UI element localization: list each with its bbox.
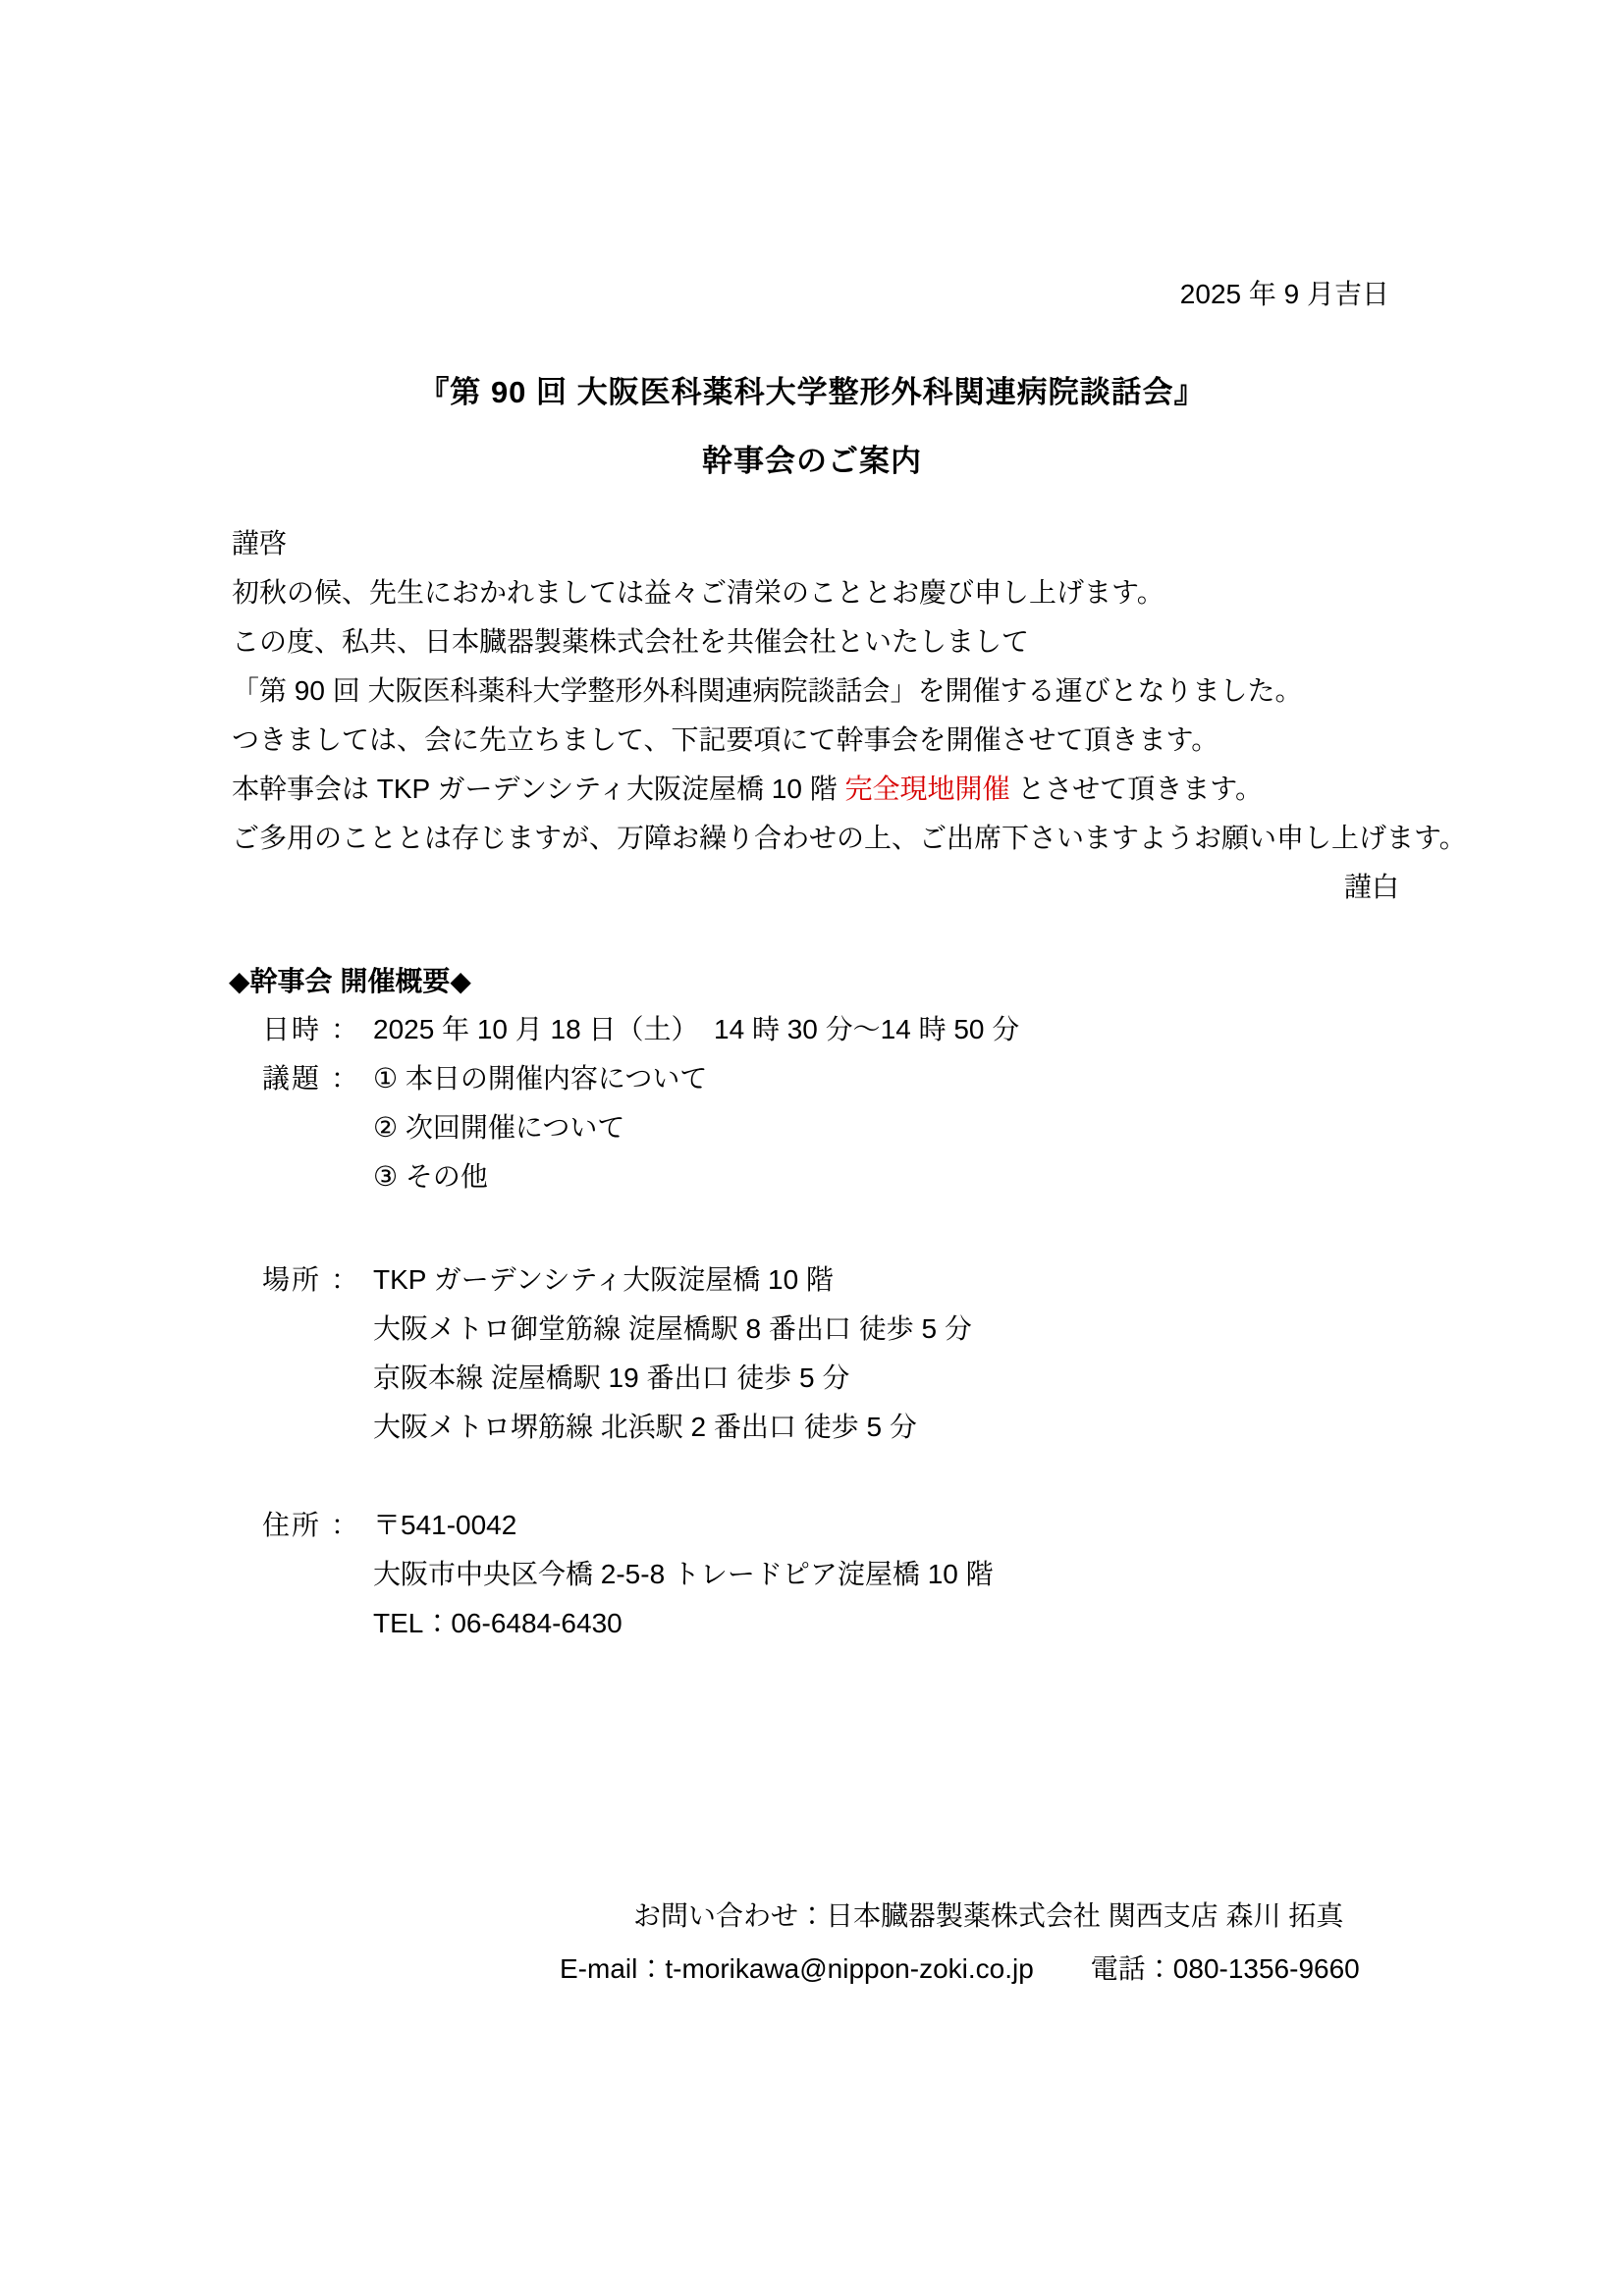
greeting-opening: 謹啓 (232, 530, 287, 558)
contact-detail-line: E-mail：t-morikawa@nippon-zoki.co.jp 電話：0… (560, 1955, 1360, 1983)
venue-sentence-post: とさせて頂きます。 (1010, 774, 1264, 804)
agenda-item-1: ① 本日の開催内容について (373, 1065, 707, 1093)
address-label: 住所 (262, 1512, 321, 1539)
place-label: 場所 (262, 1266, 321, 1294)
place-venue: TKP ガーデンシティ大阪淀屋橋 10 階 (373, 1266, 834, 1294)
onsite-only-highlight: 完全現地開催 (845, 774, 1010, 804)
datetime-value: 2025 年 10 月 18 日（土） 14 時 30 分～14 時 50 分 (373, 1016, 1019, 1043)
document-date: 2025 年 9 月吉日 (1180, 281, 1389, 308)
contact-email: E-mail：t-morikawa@nippon-zoki.co.jp (560, 1955, 1034, 1983)
datetime-colon: ： (331, 1016, 358, 1043)
datetime-label: 日時 (262, 1016, 321, 1043)
document-title-line1: 『第 90 回 大阪医科薬科大学整形外科関連病院談話会』 (0, 376, 1624, 409)
venue-sentence-pre: 本幹事会は TKP ガーデンシティ大阪淀屋橋 10 階 (232, 774, 845, 804)
address-street: 大阪市中央区今橋 2-5-8 トレードピア淀屋橋 10 階 (373, 1561, 994, 1588)
document-title-line2: 幹事会のご案内 (0, 445, 1624, 478)
address-tel: TEL：06-6484-6430 (373, 1610, 623, 1637)
greeting-paragraph-5: 本幹事会は TKP ガーデンシティ大阪淀屋橋 10 階 完全現地開催 とさせて頂… (232, 775, 1263, 803)
contact-phone: 電話：080-1356-9660 (1091, 1955, 1360, 1983)
agenda-item-3: ③ その他 (373, 1163, 488, 1191)
agenda-colon: ： (331, 1065, 358, 1093)
greeting-closing: 謹白 (1344, 874, 1399, 901)
greeting-paragraph-1: 初秋の候、先生におかれましては益々ご清栄のこととお慶び申し上げます。 (232, 579, 1164, 607)
greeting-paragraph-2: この度、私共、日本臓器製薬株式会社を共催会社といたしまして (232, 628, 1029, 656)
agenda-item-2: ② 次回開催について (373, 1114, 624, 1142)
address-colon: ： (331, 1512, 358, 1539)
greeting-paragraph-4: つきましては、会に先立ちまして、下記要項にて幹事会を開催させて頂きます。 (232, 726, 1218, 754)
place-access-2: 京阪本線 淀屋橋駅 19 番出口 徒歩 5 分 (373, 1364, 849, 1392)
place-access-3: 大阪メトロ堺筋線 北浜駅 2 番出口 徒歩 5 分 (373, 1414, 917, 1441)
place-access-1: 大阪メトロ御堂筋線 淀屋橋駅 8 番出口 徒歩 5 分 (373, 1315, 972, 1343)
place-colon: ： (331, 1266, 358, 1294)
agenda-label: 議題 (262, 1065, 321, 1093)
overview-heading: ◆幹事会 開催概要◆ (229, 967, 471, 996)
greeting-paragraph-6: ご多用のこととは存じますが、万障お繰り合わせの上、ご出席下さいますようお願い申し… (232, 825, 1467, 852)
document-page: 2025 年 9 月吉日 『第 90 回 大阪医科薬科大学整形外科関連病院談話会… (0, 0, 1624, 2296)
contact-inquiry-line: お問い合わせ：日本臓器製薬株式会社 関西支店 森川 拓真 (633, 1902, 1343, 1930)
address-postal-code: 〒541-0042 (373, 1512, 516, 1539)
greeting-paragraph-3: 「第 90 回 大阪医科薬科大学整形外科関連病院談話会」を開催する運びとなりまし… (232, 677, 1303, 705)
